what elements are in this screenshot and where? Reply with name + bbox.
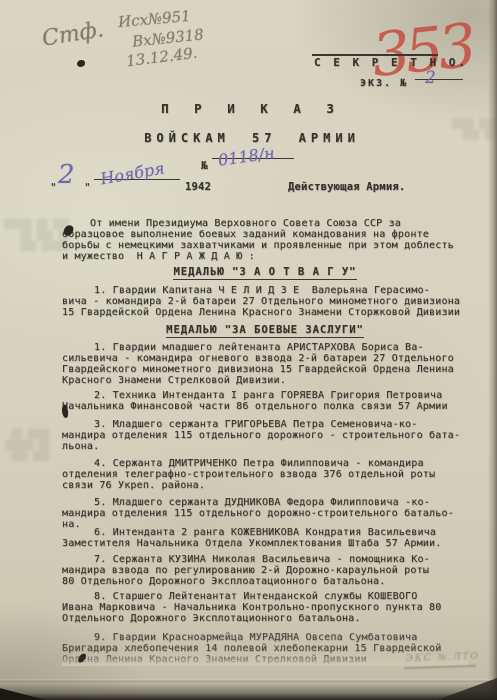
copy-number-value: 2 xyxy=(425,68,436,88)
medal-heading-za-boevye-zaslugi: МЕДАЛЬЮ "ЗА БОЕВЫЕ ЗАСЛУГИ" xyxy=(62,324,468,336)
award-item-5: 5. Младшего сержанта ДУДНИКОВА Федора Фи… xyxy=(62,497,468,530)
order-number-value: 0118/н xyxy=(217,143,276,170)
award-item-2: 2. Техника Интенданта I ранга ГОРЯЕВА Гр… xyxy=(62,390,468,412)
medal-heading-za-otvagu: МЕДАЛЬЮ "З А О Т В А Г У" xyxy=(62,266,468,278)
faint-stamp: ЭКС №.ЛТО xyxy=(406,652,480,665)
date-month: Ноября xyxy=(99,159,166,189)
order-subtitle: ВОЙСКАМ 57 АРМИИ xyxy=(62,131,442,145)
paper-right-edge xyxy=(488,0,497,700)
bleedthrough-text: ████ ██ ██ █████ ███ ███ xyxy=(6,430,49,463)
date-year: 1942 xyxy=(185,181,211,193)
award-item-8: 8. Старшего Лейтенантат Интенданской слу… xyxy=(62,591,468,624)
award-item-1: 1. Гвардии младшего лейтенанта АРИСТАРХО… xyxy=(62,342,468,386)
paper-bottom-shadow xyxy=(0,684,497,700)
award-item-7: 7. Сержанта КУЗИНА Николая Васильевича -… xyxy=(62,554,468,587)
scanned-order-document: ███ ██ █████ ██ ███ ██ █████ ███ ████ ██… xyxy=(0,0,497,700)
bleedthrough-text: ███ ██ █████ ██ ███ ██ █████ ███ xyxy=(4,220,69,253)
secrecy-underline xyxy=(312,54,438,56)
army-status: Действующая Армия. xyxy=(288,181,405,193)
secrecy-stamp: С Е К Р Е Т Н О. xyxy=(314,56,468,69)
pencil-reference-note: Стф. xyxy=(40,17,105,51)
date-close-quote: " xyxy=(84,181,91,194)
award-item-4: 4. Сержанта ДМИТРИЧЕНКО Петра Филиппович… xyxy=(62,458,468,491)
date-day: 2 xyxy=(58,160,75,190)
award-item-3: 3. Младшего сержанта ГРИГОРЬЕВА Петра Се… xyxy=(62,419,468,452)
order-number-label: № xyxy=(201,159,208,172)
date-open-quote: " xyxy=(50,181,57,194)
ink-blot xyxy=(77,60,85,67)
award-item-chelidze: 1. Гвардии Капитана Ч Е Л И Д З Е Валерь… xyxy=(62,285,468,318)
order-title: П Р И К А З xyxy=(62,101,442,116)
copy-number-underline xyxy=(415,79,463,80)
copy-number-label: ЭКЗ. № xyxy=(360,78,408,89)
preamble-paragraph: От имени Президиума Верховного Совета Со… xyxy=(62,218,468,262)
paper-crease xyxy=(0,679,497,682)
award-item-6: 6. Интенданта 2 ранга КОЖЕВНИКОВА Кондра… xyxy=(62,527,468,549)
